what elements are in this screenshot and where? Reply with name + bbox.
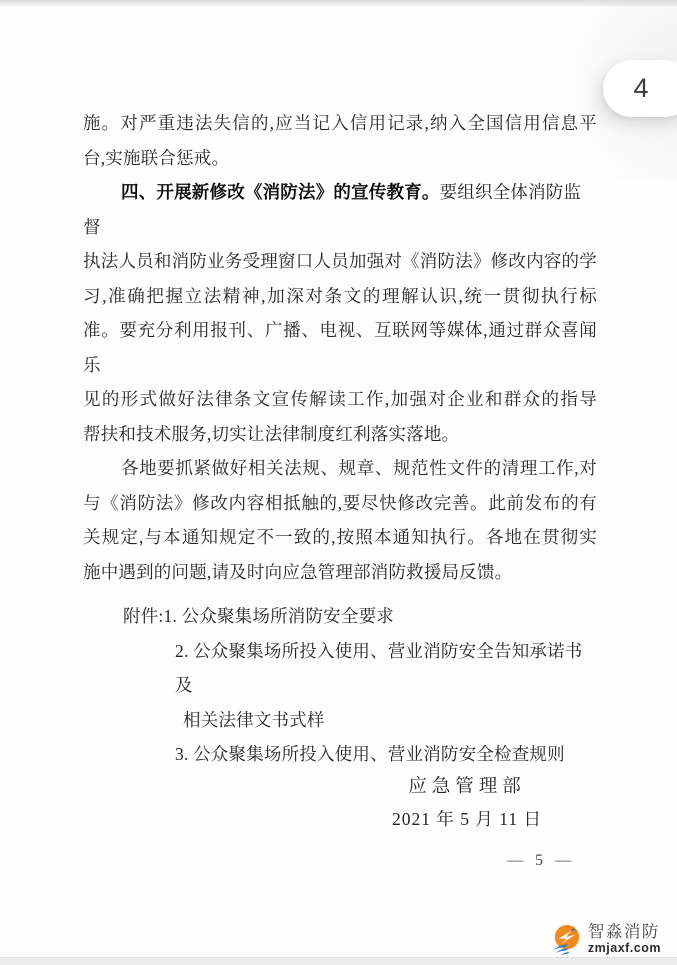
page-indicator-badge: 4 bbox=[603, 60, 677, 117]
body-line: 习,准确把握立法精神,加深对条文的理解认识,统一贯彻执行标 bbox=[83, 279, 597, 314]
body-line: 执法人员和消防业务受理窗口人员加强对《消防法》修改内容的学 bbox=[83, 244, 597, 279]
attachment-item-1: 1. 公众聚集场所消防安全要求 bbox=[163, 606, 394, 626]
body-line: 与《消防法》修改内容相抵触的,要尽快修改完善。此前发布的有 bbox=[83, 486, 597, 521]
watermark-brand-name: 智淼消防 bbox=[588, 924, 661, 941]
footer-page-number: — 5 — bbox=[496, 852, 586, 870]
watermark-website: zmjaxf.com bbox=[588, 942, 661, 955]
attachments-list: 附件:1. 公众聚集场所消防安全要求 2. 公众聚集场所投入使用、营业消防安全告… bbox=[83, 599, 597, 772]
attachment-item-continuation: 相关法律文书式样 bbox=[83, 703, 597, 738]
watermark-text: 智淼消防 zmjaxf.com bbox=[588, 924, 661, 954]
watermark-logo-icon bbox=[550, 923, 583, 956]
body-line: 准。要充分利用报刊、广播、电视、互联网等媒体,通过群众喜闻乐 bbox=[83, 313, 597, 382]
attachment-item: 附件:1. 公众聚集场所消防安全要求 bbox=[83, 599, 597, 634]
document-body: 施。对严重违法失信的,应当记入信用记录,纳入全国信用信息平 台,实施联合惩戒。 … bbox=[83, 106, 597, 772]
attachment-item: 2. 公众聚集场所投入使用、营业消防安全告知承诺书及 bbox=[83, 634, 597, 703]
scan-top-edge bbox=[0, 0, 677, 6]
section-heading-line: 四、开展新修改《消防法》的宣传教育。要组织全体消防监督 bbox=[83, 175, 597, 244]
signature-organization: 应急管理部 bbox=[382, 772, 552, 798]
section-heading-bold: 四、开展新修改《消防法》的宣传教育。 bbox=[121, 182, 440, 202]
body-line: 施中遇到的问题,请及时向应急管理部消防救援局反馈。 bbox=[83, 555, 597, 590]
body-line: 施。对严重违法失信的,应当记入信用记录,纳入全国信用信息平 bbox=[83, 106, 597, 141]
attachments-label: 附件: bbox=[123, 606, 163, 626]
body-line: 台,实施联合惩戒。 bbox=[83, 141, 597, 176]
watermark: 智淼消防 zmjaxf.com bbox=[550, 923, 661, 956]
scan-bottom-edge bbox=[0, 957, 677, 965]
body-line: 各地要抓紧做好相关法规、规章、规范性文件的清理工作,对 bbox=[83, 451, 597, 486]
attachment-item: 3. 公众聚集场所投入使用、营业消防安全检查规则 bbox=[83, 737, 597, 772]
body-line: 关规定,与本通知规定不一致的,按照本通知执行。各地在贯彻实 bbox=[83, 520, 597, 555]
scanned-document-page: 4 施。对严重违法失信的,应当记入信用记录,纳入全国信用信息平 台,实施联合惩戒… bbox=[0, 0, 677, 965]
page-indicator-number: 4 bbox=[633, 73, 648, 104]
signature-date: 2021 年 5 月 11 日 bbox=[372, 806, 562, 831]
body-line: 帮扶和技术服务,切实让法律制度红利落实落地。 bbox=[83, 417, 597, 452]
body-line: 见的形式做好法律条文宣传解读工作,加强对企业和群众的指导 bbox=[83, 382, 597, 417]
